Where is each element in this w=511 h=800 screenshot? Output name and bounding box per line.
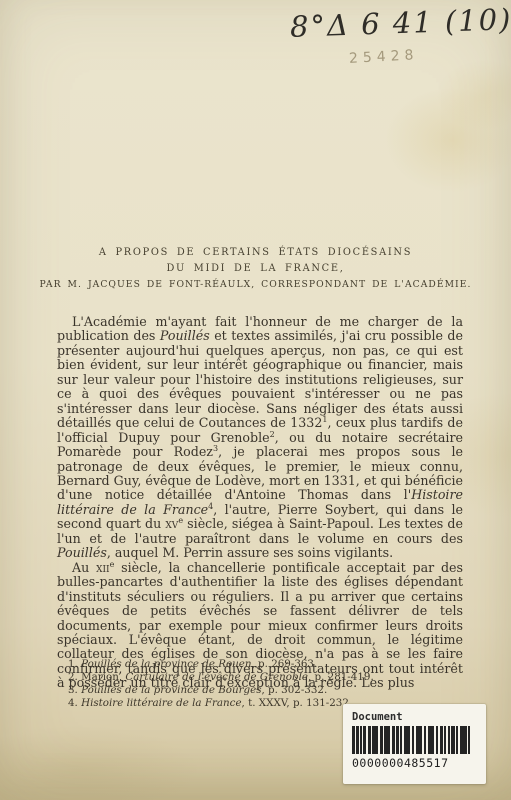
footnote-2: 2. Marion, Cartulaire de l'évêché de Gre…: [57, 671, 463, 684]
footnote-3: 3. Pouillés de la province de Bourges, p…: [57, 684, 463, 697]
footnotes-block: 1. Pouillés de la province de Rouen, p. …: [57, 658, 463, 710]
heading-line-1: A PROPOS DE CERTAINS ÉTATS DIOCÉSAINS: [0, 247, 511, 258]
handwritten-shelfmark: 8°Δ 6 41 (10): [289, 2, 511, 44]
heading-line-2: DU MIDI DE LA FRANCE,: [0, 263, 511, 274]
library-barcode-sticker: Document 0000000485517: [343, 704, 486, 784]
scanned-document-page: 8°Δ 6 41 (10) 25428 A PROPOS DE CERTAINS…: [0, 0, 511, 800]
heading-byline: PAR M. JACQUES DE FONT-RÉAULX, CORRESPON…: [0, 279, 511, 290]
barcode-number: 0000000485517: [352, 756, 486, 770]
article-heading: A PROPOS DE CERTAINS ÉTATS DIOCÉSAINS DU…: [0, 247, 511, 290]
body-text: L'Académie m'ayant fait l'honneur de me …: [57, 315, 463, 691]
barcode-image: [352, 726, 470, 754]
paragraph-1: L'Académie m'ayant fait l'honneur de me …: [57, 315, 463, 561]
footnote-1: 1. Pouillés de la province de Rouen, p. …: [57, 658, 463, 671]
pencil-accession-number: 25428: [349, 47, 419, 67]
barcode-label-title: Document: [352, 711, 486, 723]
